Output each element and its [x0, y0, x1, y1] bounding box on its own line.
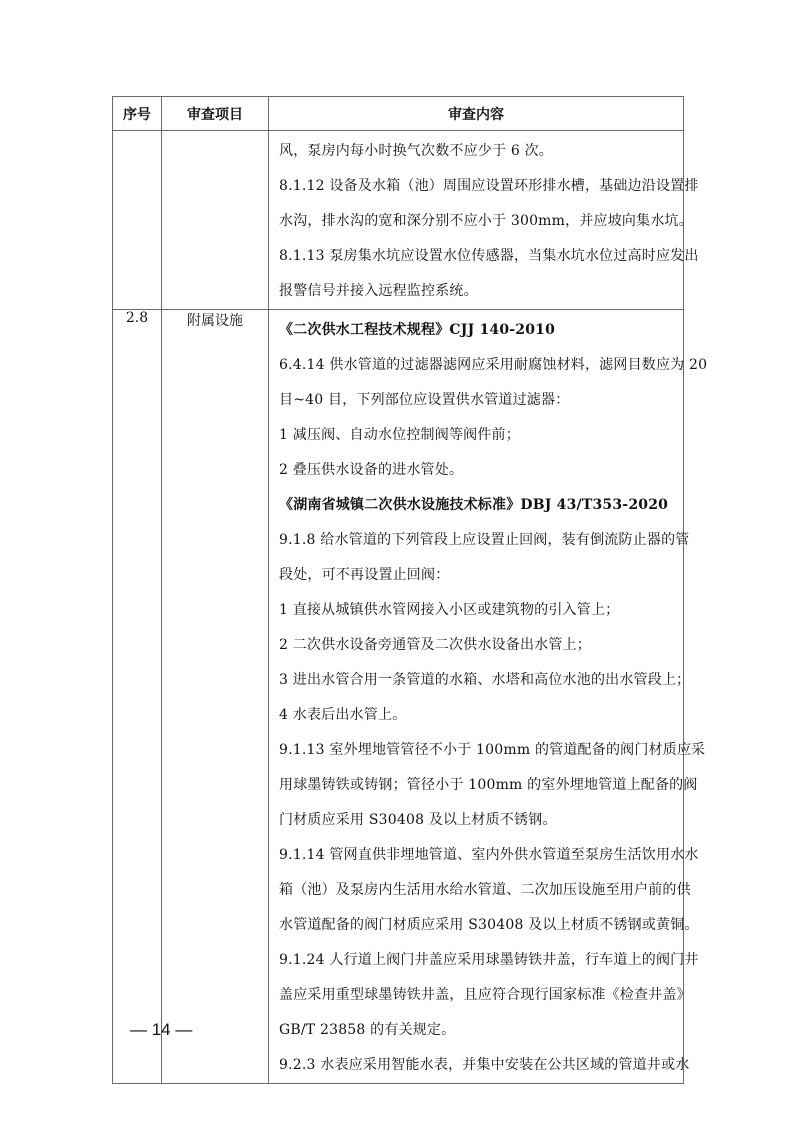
- content-line: 门材质应采用 S30408 及以上材质不锈钢。: [279, 803, 677, 838]
- content-line: 9.1.13 室外埋地管管径不小于 100mm 的管道配备的阀门材质应采: [279, 733, 677, 768]
- content-line: 9.1.8 给水管道的下列管段上应设置止回阀，装有倒流防止器的管: [279, 523, 677, 558]
- content-line: 2 二次供水设备旁通管及二次供水设备出水管上；: [279, 628, 677, 663]
- content-line: 段处，可不再设置止回阀：: [279, 558, 677, 593]
- content-line: 用球墨铸铁或铸钢；管径小于 100mm 的室外埋地管道上配备的阀: [279, 768, 677, 803]
- content-line: 9.2.3 水表应采用智能水表，并集中安装在公共区域的管道井或水: [279, 1048, 677, 1083]
- review-item: [162, 131, 269, 310]
- review-table: 序号 审查项目 审查内容 风，泵房内每小时换气次数不应少于 6 次。8.1.12…: [112, 96, 684, 1084]
- standard-title: 《二次供水工程技术规程》CJJ 140-2010: [279, 313, 677, 348]
- review-item: 附属设施: [162, 310, 269, 1084]
- content-line: 水沟，排水沟的宽和深分别不应小于 300mm，并应坡向集水坑。: [279, 204, 677, 239]
- content-line: 2 叠压供水设备的进水管处。: [279, 453, 677, 488]
- content-line: 水管道配备的阀门材质应采用 S30408 及以上材质不锈钢或黄铜。: [279, 908, 677, 943]
- content-line: 箱（池）及泵房内生活用水给水管道、二次加压设施至用户前的供: [279, 873, 677, 908]
- content-line: 8.1.13 泵房集水坑应设置水位传感器，当集水坑水位过高时应发出: [279, 239, 677, 274]
- content-line: 3 进出水管合用一条管道的水箱、水塔和高位水池的出水管段上；: [279, 663, 677, 698]
- content-line: 风，泵房内每小时换气次数不应少于 6 次。: [279, 134, 677, 169]
- table-row: 风，泵房内每小时换气次数不应少于 6 次。8.1.12 设备及水箱（池）周围应设…: [113, 131, 684, 310]
- content-line: GB/T 23858 的有关规定。: [279, 1013, 677, 1048]
- header-content: 审查内容: [269, 97, 684, 131]
- header-item: 审查项目: [162, 97, 269, 131]
- content-line: 9.1.14 管网直供非埋地管道、室内外供水管道至泵房生活饮用水水: [279, 838, 677, 873]
- page-number: — 14 —: [130, 1020, 192, 1040]
- content-line: 4 水表后出水管上。: [279, 698, 677, 733]
- table-header-row: 序号 审查项目 审查内容: [113, 97, 684, 131]
- content-line: 1 直接从城镇供水管网接入小区或建筑物的引入管上；: [279, 593, 677, 628]
- table-row: 2.8附属设施《二次供水工程技术规程》CJJ 140-20106.4.14 供水…: [113, 310, 684, 1084]
- content-line: 报警信号并接入远程监控系统。: [279, 274, 677, 309]
- standard-title: 《湖南省城镇二次供水设施技术标准》DBJ 43/T353-2020: [279, 488, 677, 523]
- review-content: 《二次供水工程技术规程》CJJ 140-20106.4.14 供水管道的过滤器滤…: [269, 310, 684, 1084]
- content-line: 目~40 目，下列部位应设置供水管道过滤器：: [279, 383, 677, 418]
- content-line: 8.1.12 设备及水箱（池）周围应设置环形排水槽，基础边沿设置排: [279, 169, 677, 204]
- row-number: [113, 131, 162, 310]
- row-number: 2.8: [113, 310, 162, 1084]
- content-line: 6.4.14 供水管道的过滤器滤网应采用耐腐蚀材料，滤网目数应为 20: [279, 348, 677, 383]
- review-content: 风，泵房内每小时换气次数不应少于 6 次。8.1.12 设备及水箱（池）周围应设…: [269, 131, 684, 310]
- content-line: 盖应采用重型球墨铸铁井盖，且应符合现行国家标准《检查井盖》: [279, 978, 677, 1013]
- content-line: 1 减压阀、自动水位控制阀等阀件前；: [279, 418, 677, 453]
- header-no: 序号: [113, 97, 162, 131]
- content-line: 9.1.24 人行道上阀门井盖应采用球墨铸铁井盖，行车道上的阀门井: [279, 943, 677, 978]
